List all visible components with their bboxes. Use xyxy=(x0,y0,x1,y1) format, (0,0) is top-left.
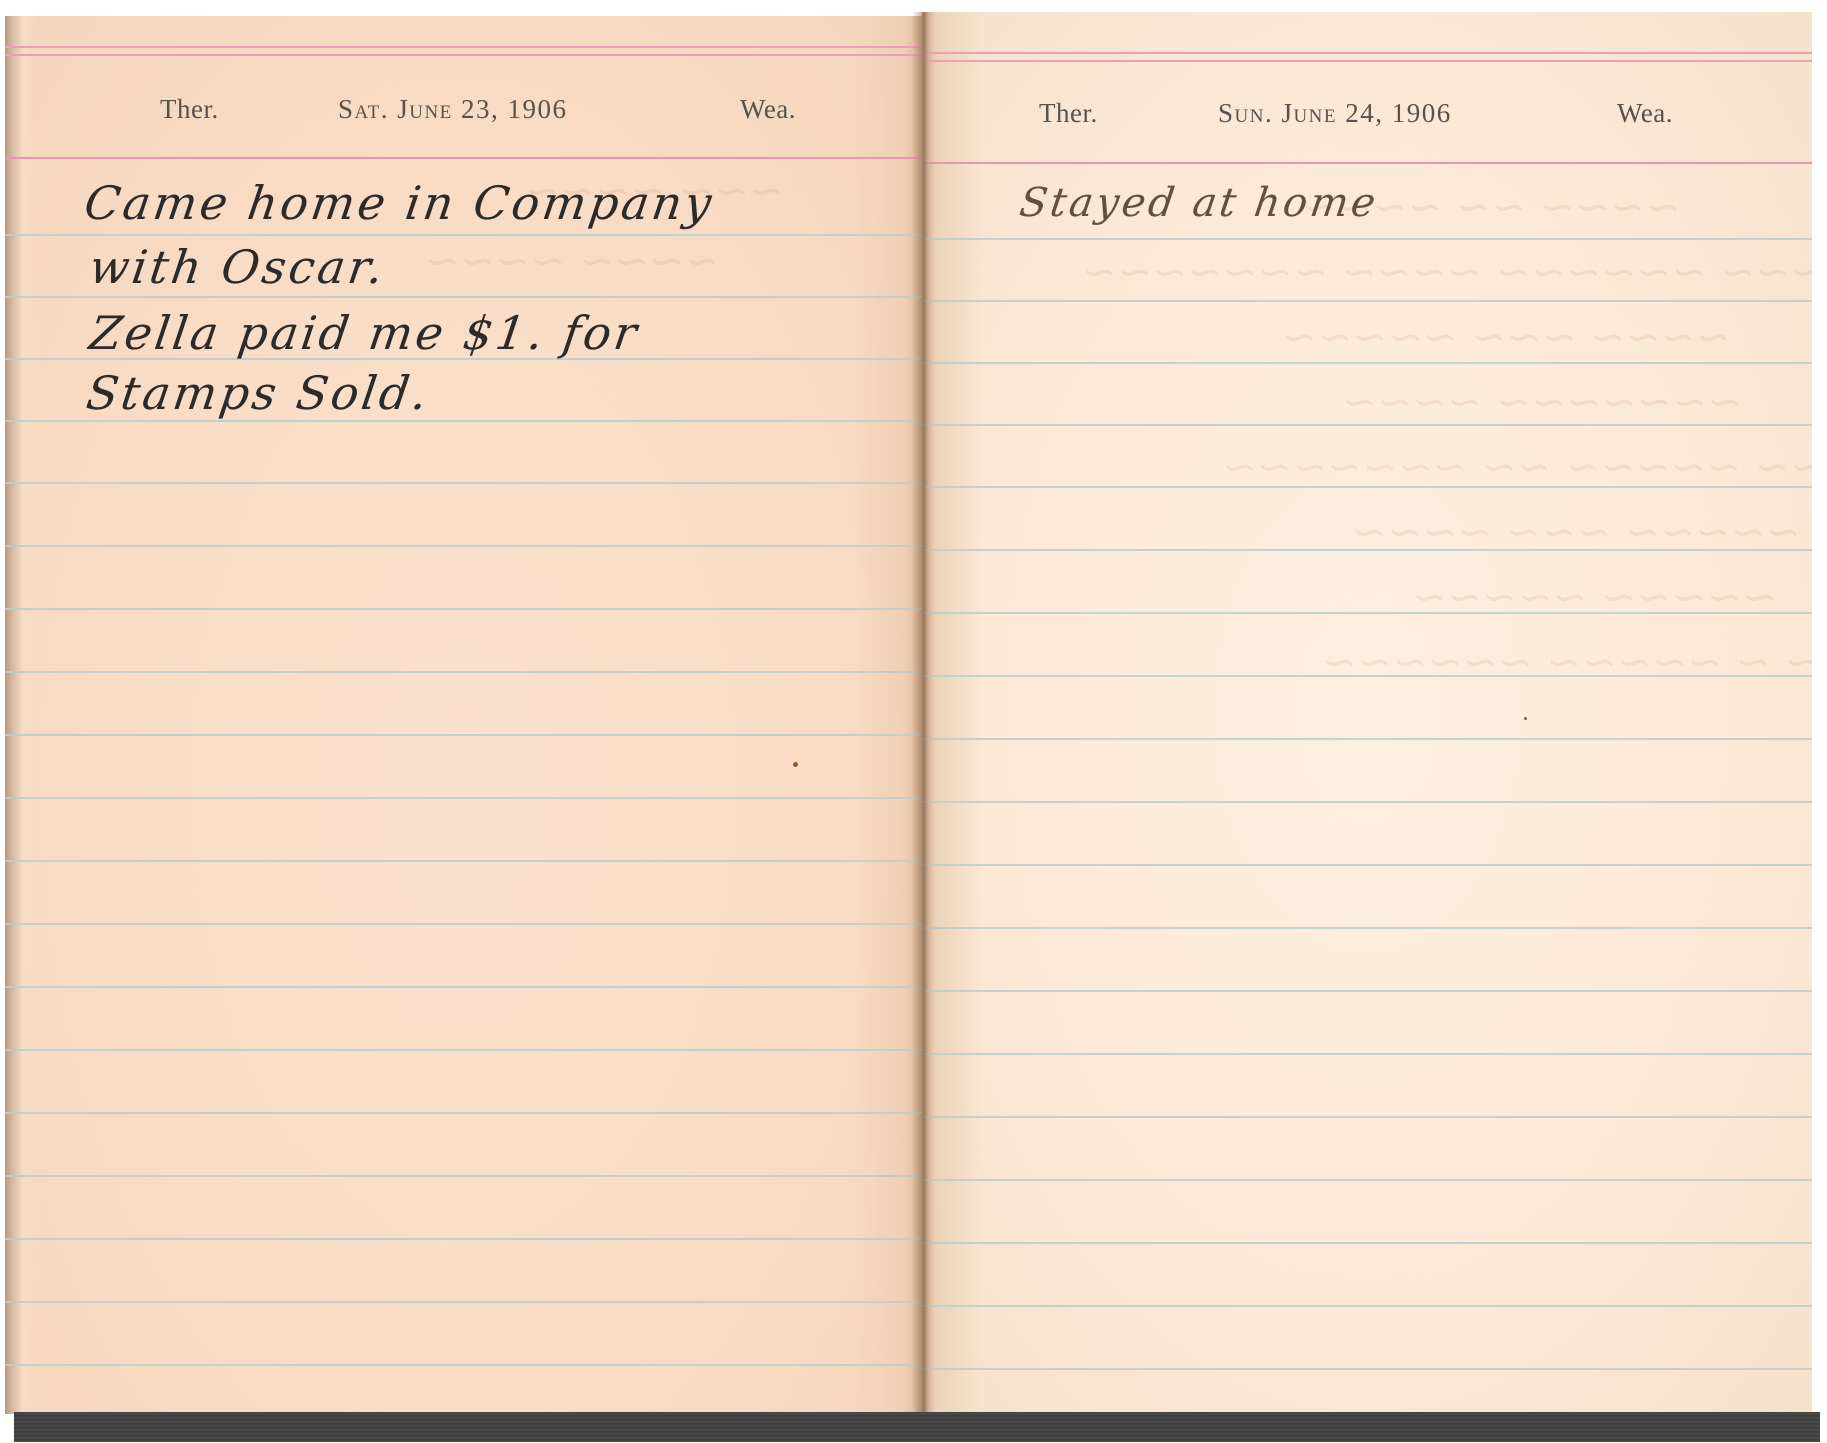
entry-line: Came home in Company xyxy=(81,176,717,230)
pink-double-rule-top xyxy=(5,46,922,48)
ink-bleed-through: ~~~~~~~ ~~~~ xyxy=(1339,377,1746,426)
weather-label: Wea. xyxy=(740,94,796,125)
pink-double-rule-bottom xyxy=(5,54,922,56)
book-bottom-edge xyxy=(14,1412,1820,1442)
paper-spot xyxy=(1524,717,1527,720)
paper-spot xyxy=(793,762,798,767)
weather-label: Wea. xyxy=(1617,98,1673,129)
page-date: Sat. June 23, 1906 xyxy=(338,94,568,125)
page-date: Sun. June 24, 1906 xyxy=(1218,98,1452,129)
ink-bleed-through: ~~~ ~~~~~ ~~ ~~~~~~~ xyxy=(1219,442,1812,491)
entry-line: Stamps Sold. xyxy=(83,366,433,420)
pink-double-rule-top xyxy=(922,52,1812,54)
entry-line: with Oscar. xyxy=(86,240,389,294)
ink-bleed-through: ~~~ ~~~~~~ ~~~~ ~~~~~~~ xyxy=(1079,247,1812,296)
thermometer-label: Ther. xyxy=(160,94,219,125)
pink-header-rule xyxy=(5,157,922,159)
ink-bleed-through: ~~~~ ~~~ ~~~~~ xyxy=(1279,312,1735,361)
entry-line: Zella paid me $1. for xyxy=(86,306,643,360)
ink-bleed-through: ~~~~ ~~~~ xyxy=(422,236,724,285)
ink-bleed-through: ~~~~ ~~ ~ ~~~~~ ~~~~~~ xyxy=(1319,637,1812,686)
pink-header-rule xyxy=(922,162,1812,164)
pink-double-rule-bottom xyxy=(922,60,1812,62)
entry-line: Stayed at home xyxy=(1017,180,1381,226)
diary-page-right: Ther. Sun. June 24, 1906 Wea. ~~~~ ~~ ~~… xyxy=(922,12,1812,1414)
thermometer-label: Ther. xyxy=(1039,98,1098,129)
diary-page-left: Ther. Sat. June 23, 1906 Wea. ~~~ ~~~~ ~… xyxy=(5,16,922,1414)
